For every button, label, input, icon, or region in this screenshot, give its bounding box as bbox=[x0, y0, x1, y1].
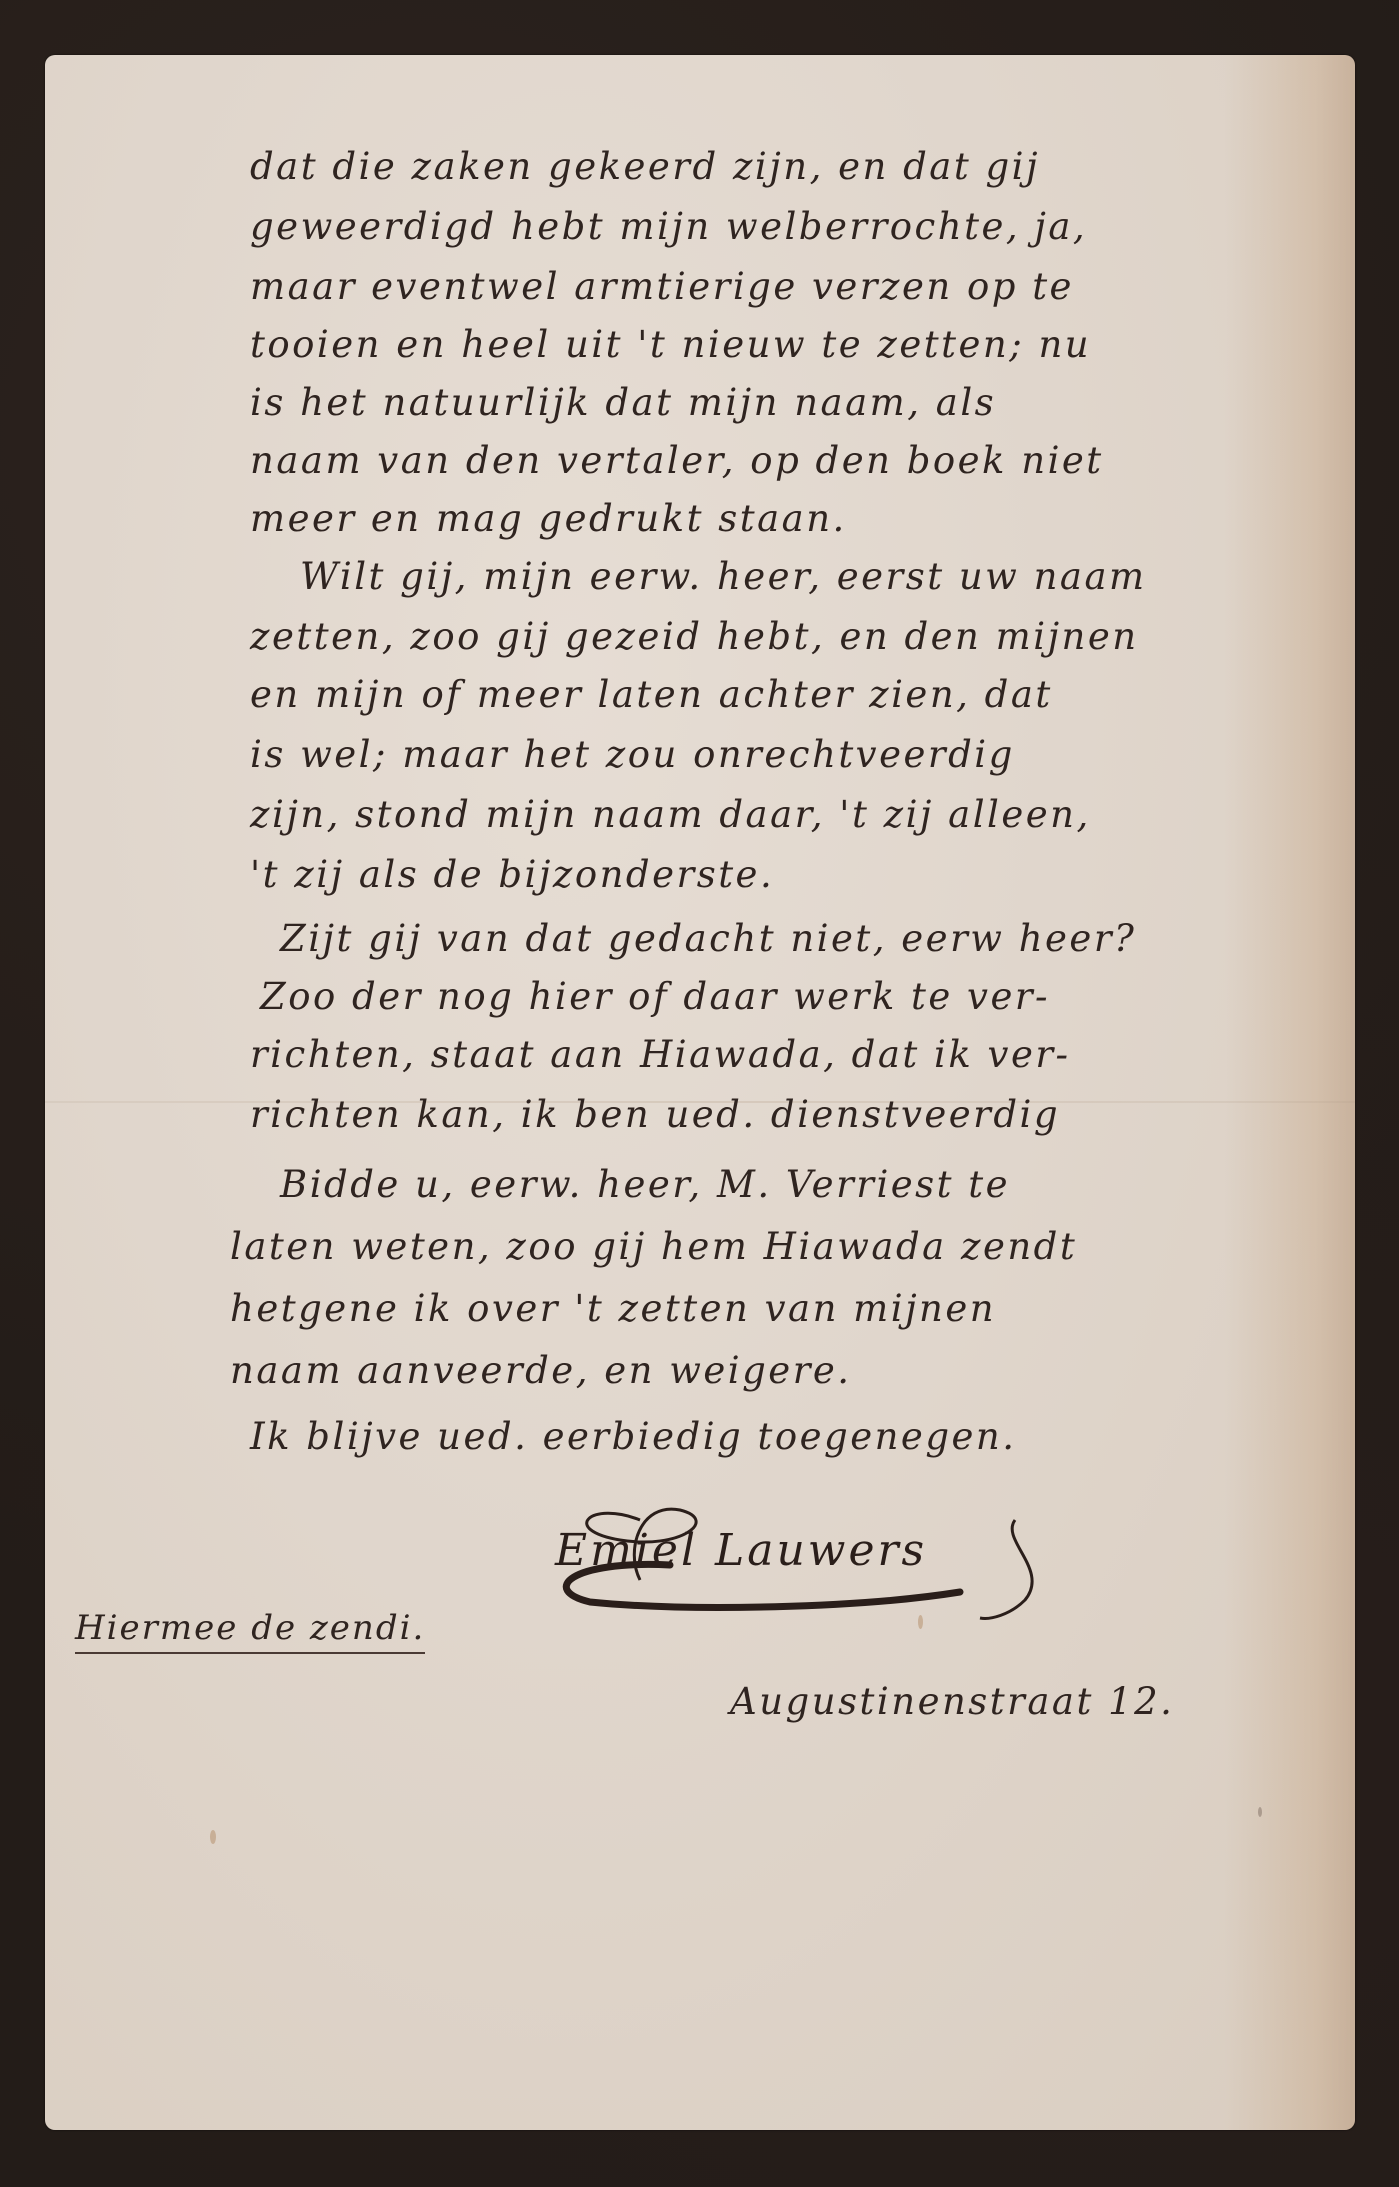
sender-address: Augustinenstraat 12. bbox=[730, 1680, 1174, 1723]
letter-line: is wel; maar het zou onrechtveerdig bbox=[250, 736, 1015, 773]
letter-body: dat die zaken gekeerd zijn, en dat gij g… bbox=[0, 0, 1399, 2187]
letter-line: Zoo der nog hier of daar werk te ver- bbox=[260, 978, 1050, 1015]
letter-line: Wilt gij, mijn eerw. heer, eerst uw naam bbox=[300, 558, 1147, 595]
letter-line: maar eventwel armtierige verzen op te bbox=[250, 268, 1074, 305]
letter-line: naam van den vertaler, op den boek niet bbox=[250, 442, 1104, 479]
letter-line: laten weten, zoo gij hem Hiawada zendt bbox=[230, 1228, 1077, 1265]
postscript-note: Hiermee de zendi. bbox=[75, 1608, 425, 1654]
letter-line: is het natuurlijk dat mijn naam, als bbox=[250, 384, 996, 421]
letter-line: dat die zaken gekeerd zijn, en dat gij bbox=[250, 148, 1040, 185]
letter-line: zetten, zoo gij gezeid hebt, en den mijn… bbox=[250, 618, 1139, 655]
letter-line: 't zij als de bijzonderste. bbox=[250, 856, 774, 893]
letter-line: richten, staat aan Hiawada, dat ik ver- bbox=[250, 1036, 1071, 1073]
letter-line: en mijn of meer laten achter zien, dat bbox=[250, 676, 1053, 713]
letter-line: Bidde u, eerw. heer, M. Verriest te bbox=[280, 1166, 1010, 1203]
letter-line: naam aanveerde, en weigere. bbox=[230, 1352, 852, 1389]
letter-line: zijn, stond mijn naam daar, 't zij allee… bbox=[250, 796, 1091, 833]
letter-line: meer en mag gedrukt staan. bbox=[250, 500, 847, 537]
letter-line: hetgene ik over 't zetten van mijnen bbox=[230, 1290, 996, 1327]
signature: Emiel Lauwers bbox=[555, 1525, 927, 1576]
letter-line: geweerdigd hebt mijn welberrochte, ja, bbox=[250, 208, 1087, 245]
letter-line: tooien en heel uit 't nieuw te zetten; n… bbox=[250, 326, 1091, 363]
letter-line: Ik blijve ued. eerbiedig toegenegen. bbox=[250, 1418, 1017, 1455]
letter-line: Zijt gij van dat gedacht niet, eerw heer… bbox=[280, 920, 1136, 957]
letter-line: richten kan, ik ben ued. dienstveerdig bbox=[250, 1096, 1060, 1133]
